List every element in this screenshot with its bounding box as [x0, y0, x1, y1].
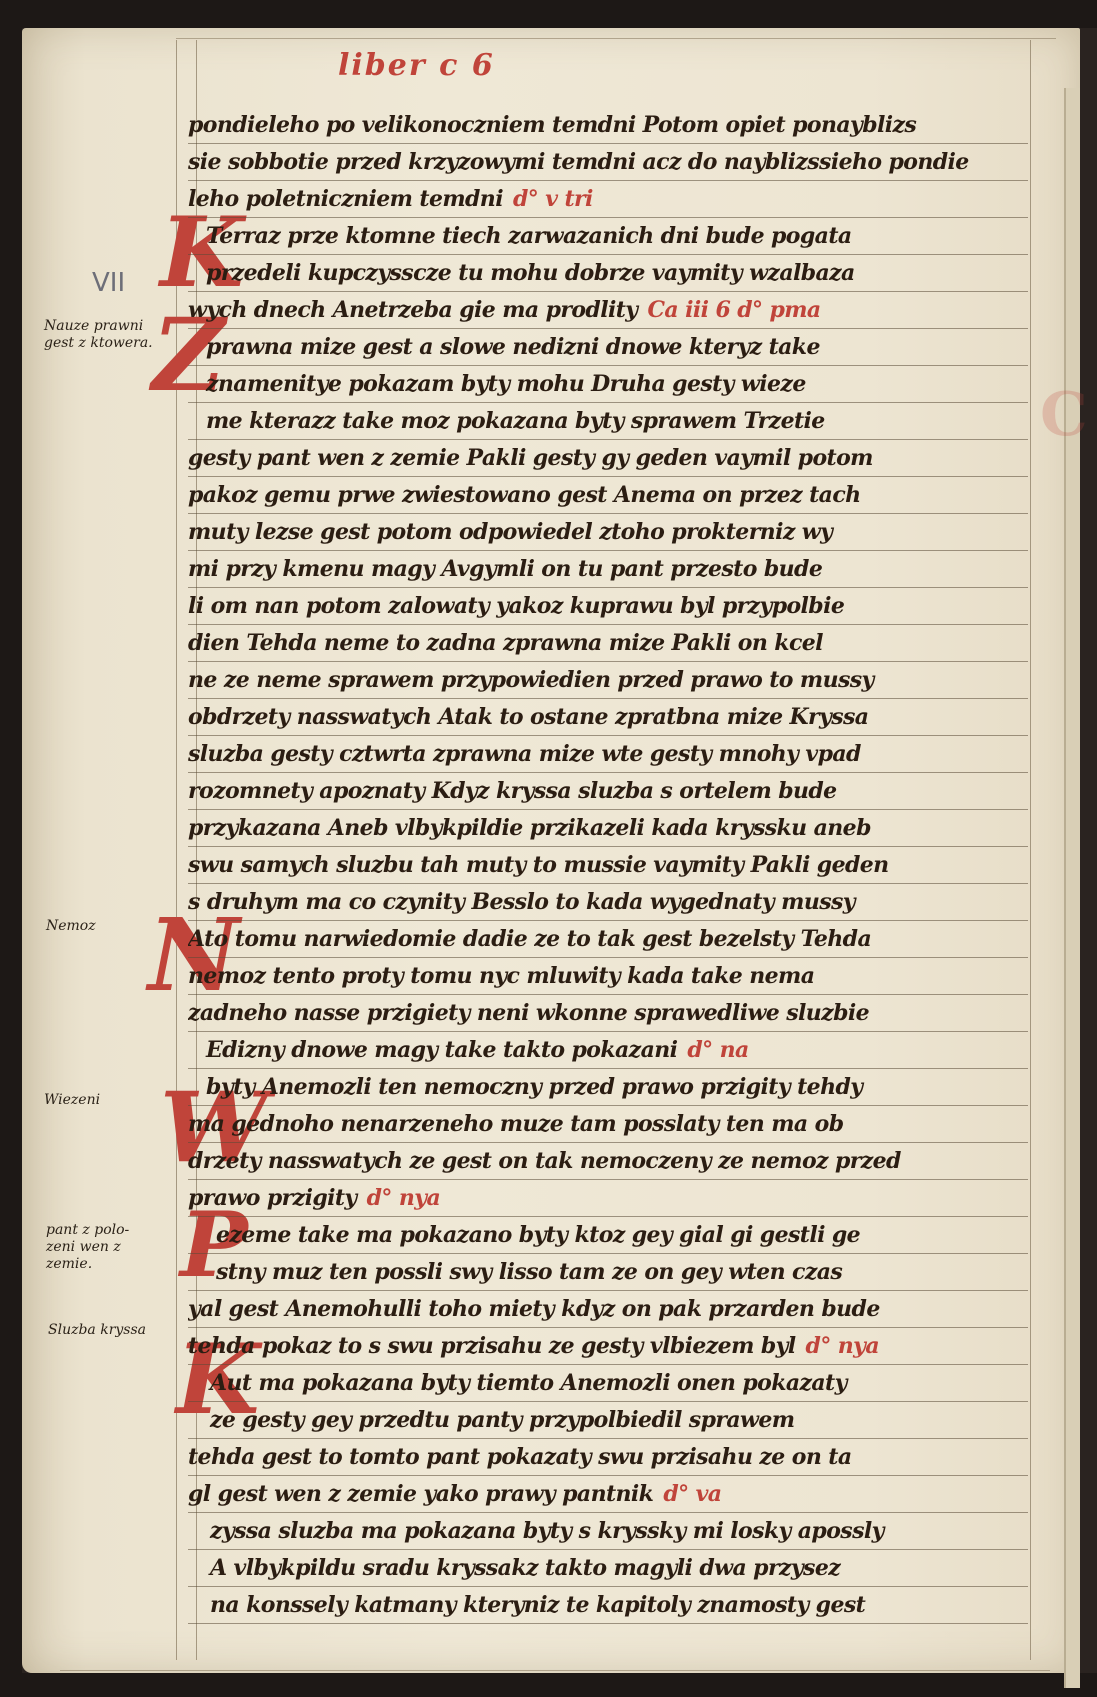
scan-border-left — [0, 0, 22, 1697]
text-line: Aut ma pokazana byty tiemto Anemozli one… — [188, 1365, 1028, 1402]
text-line: leho poletniczniem temdnid° v tri — [188, 181, 1028, 218]
text-column: pondieleho po velikonoczniem temdni Poto… — [188, 107, 1028, 1624]
text-line: sie sobbotie przed krzyzowymi temdni acz… — [188, 144, 1028, 181]
text-line: swu samych sluzbu tah muty to mussie vay… — [188, 847, 1028, 884]
margin-note-4: pant z polo- zeni wen z zemie. — [46, 1222, 129, 1273]
text-line: stny muz ten possli swy lisso tam ze on … — [188, 1254, 1028, 1291]
show-through-mark: C — [1040, 380, 1088, 450]
text-line: zyssa sluzba ma pokazana byty s kryssky … — [188, 1513, 1028, 1550]
text-line: tehda gest to tomto pant pokazaty swu pr… — [188, 1439, 1028, 1476]
text-line: Ato tomu narwiedomie dadie ze to tak ges… — [188, 921, 1028, 958]
text-line: li om nan potom zalowaty yakoz kuprawu b… — [188, 588, 1028, 625]
text-line: znamenitye pokazam byty mohu Druha gesty… — [188, 366, 1028, 403]
text-line: byty Anemozli ten nemoczny przed prawo p… — [188, 1069, 1028, 1106]
text-line: muty lezse gest potom odpowiedel ztoho p… — [188, 514, 1028, 551]
text-line: prawna mize gest a slowe nedizni dnowe k… — [188, 329, 1028, 366]
scan-border-bottom — [0, 1673, 1097, 1697]
text-line: wych dnech Anetrzeba gie ma prodlityCa i… — [188, 292, 1028, 329]
text-line: pakoz gemu prwe zwiestowano gest Anema o… — [188, 477, 1028, 514]
text-line: przedeli kupczysscze tu mohu dobrze vaym… — [188, 255, 1028, 292]
text-line: pondieleho po velikonoczniem temdni Poto… — [188, 107, 1028, 144]
text-line: gl gest wen z zemie yako prawy pantnikd°… — [188, 1476, 1028, 1513]
text-line: mi przy kmenu magy Avgymli on tu pant pr… — [188, 551, 1028, 588]
ruling-right — [1030, 40, 1031, 1660]
text-line: Edizny dnowe magy take takto pokazanid° … — [188, 1032, 1028, 1069]
margin-note-1: Nauze prawni gest z ktowera. — [44, 318, 153, 352]
text-line: ze gesty gey przedtu panty przypolbiedil… — [188, 1402, 1028, 1439]
folio-pencil-mark: VII — [92, 268, 125, 298]
text-line: rozomnety apoznaty Kdyz kryssa sluzba s … — [188, 773, 1028, 810]
running-head: liber c 6 — [338, 48, 495, 83]
text-line: tehda pokaz to s swu przisahu ze gesty v… — [188, 1328, 1028, 1365]
text-line: prawo przigityd° nya — [188, 1180, 1028, 1217]
facing-page-edge — [1064, 88, 1080, 1688]
margin-note-5: Sluzba kryssa — [48, 1322, 146, 1339]
text-line: Terraz prze ktomne tiech zarwazanich dni… — [188, 218, 1028, 255]
margin-note-2: Nemoz — [46, 918, 96, 935]
ruling-top — [176, 38, 1056, 39]
text-line: drzety nasswatych ze gest on tak nemocze… — [188, 1143, 1028, 1180]
text-line: gesty pant wen z zemie Pakli gesty gy ge… — [188, 440, 1028, 477]
text-line: ma gednoho nenarzeneho muze tam posslaty… — [188, 1106, 1028, 1143]
text-line: zadneho nasse przigiety neni wkonne spra… — [188, 995, 1028, 1032]
text-line: me kterazz take moz pokazana byty sprawe… — [188, 403, 1028, 440]
text-line: sluzba gesty cztwrta zprawna mize wte ge… — [188, 736, 1028, 773]
text-line: nemoz tento proty tomu nyc mluwity kada … — [188, 958, 1028, 995]
text-line: s druhym ma co czynity Besslo to kada wy… — [188, 884, 1028, 921]
text-line: obdrzety nasswatych Atak to ostane zprat… — [188, 699, 1028, 736]
text-line: dien Tehda neme to zadna zprawna mize Pa… — [188, 625, 1028, 662]
text-line: ne ze neme sprawem przypowiedien przed p… — [188, 662, 1028, 699]
margin-note-3: Wiezeni — [44, 1092, 100, 1109]
text-line: yal gest Anemohulli toho miety kdyz on p… — [188, 1291, 1028, 1328]
text-line: przykazana Aneb vlbykpildie przikazeli k… — [188, 810, 1028, 847]
ruling-bottom — [60, 1670, 1050, 1671]
text-line: A vlbykpildu sradu kryssakz takto magyli… — [188, 1550, 1028, 1587]
text-line: na konssely katmany kteryniz te kapitoly… — [188, 1587, 1028, 1624]
scan-border-top — [0, 0, 1097, 28]
text-line: ezeme take ma pokazano byty ktoz gey gia… — [188, 1217, 1028, 1254]
